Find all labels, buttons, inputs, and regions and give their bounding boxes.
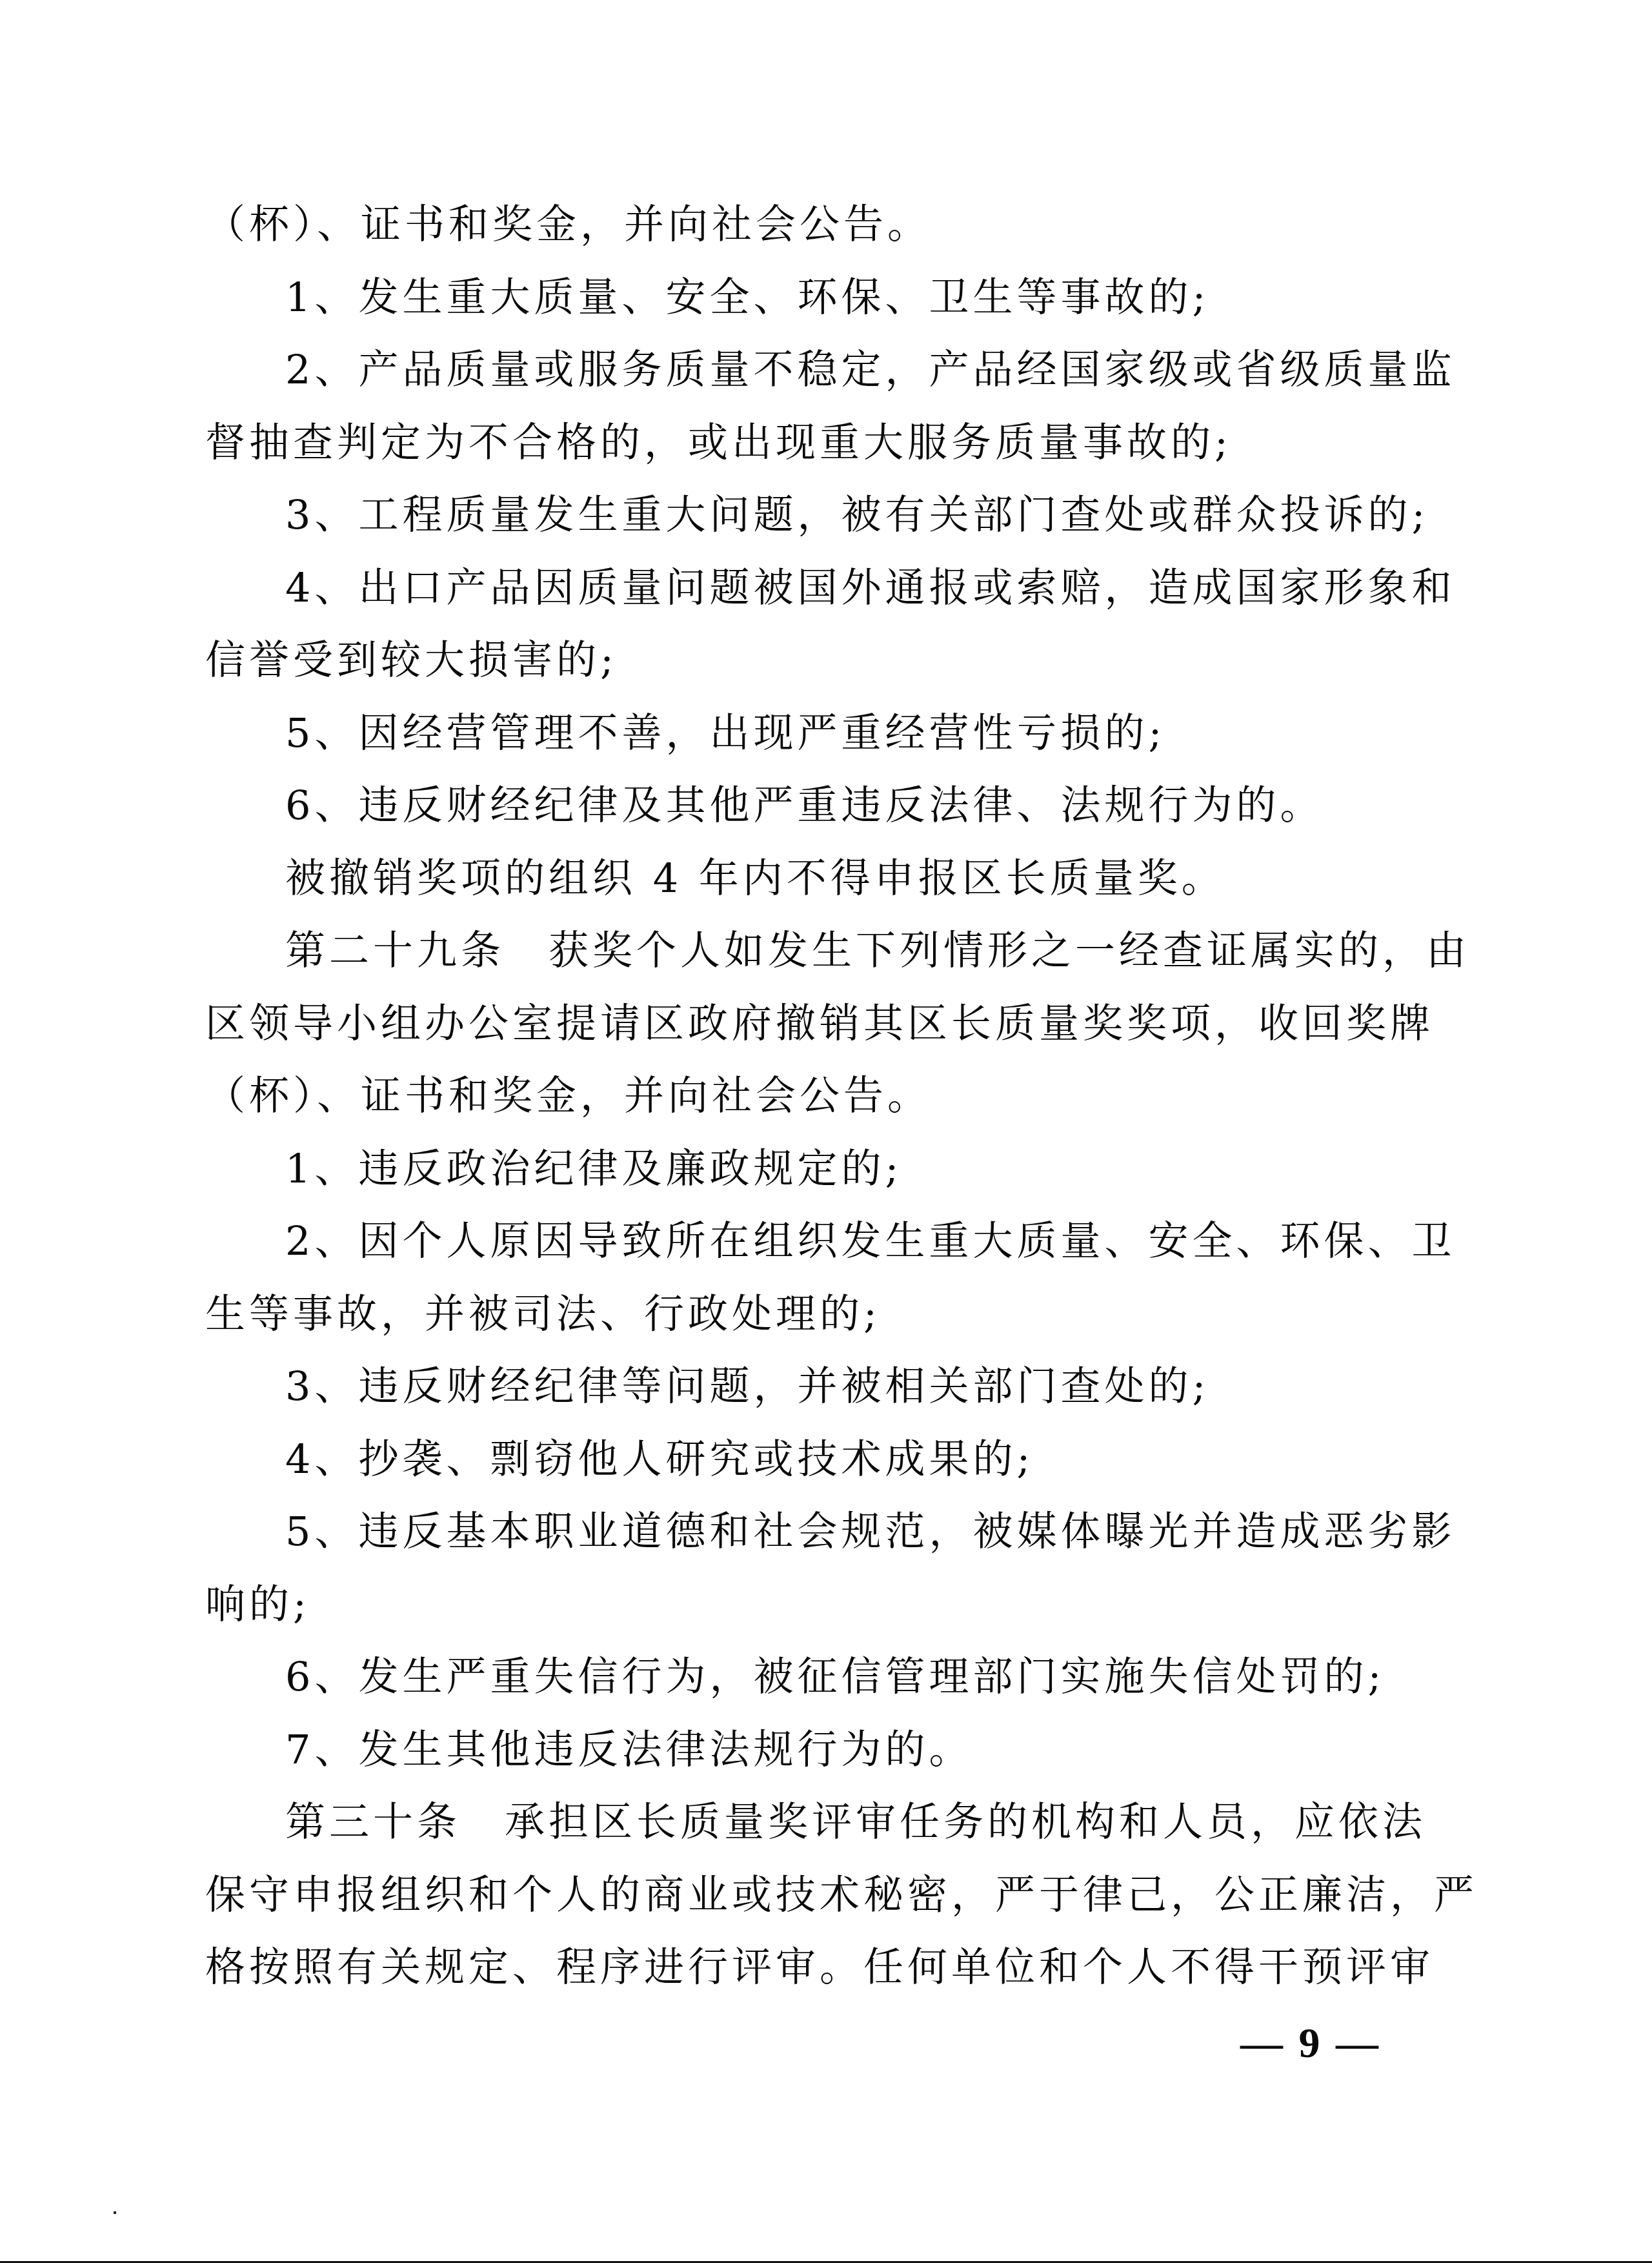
document-body: （杯）、证书和奖金，并向社会公告。 1、发生重大质量、安全、环保、卫生等事故的;… [205,188,1386,2004]
paragraph-line: 7、发生其他违反法律法规行为的。 [205,1714,1386,1787]
scan-speck [114,2211,116,2214]
paragraph-line: 6、发生严重失信行为，被征信管理部门实施失信处罚的; [205,1641,1386,1714]
paragraph-line: （杯）、证书和奖金，并向社会公告。 [205,1060,1386,1133]
paragraph-line: 被撤销奖项的组织 4 年内不得申报区长质量奖。 [205,842,1386,915]
paragraph-line: 6、违反财经纪律及其他严重违反法律、法规行为的。 [205,769,1386,842]
paragraph-line: 2、产品质量或服务质量不稳定，产品经国家级或省级质量监 [205,334,1386,407]
paragraph-line: 格按照有关规定、程序进行评审。任何单位和个人不得干预评审 [205,1931,1386,2004]
paragraph-line: 信誉受到较大损害的; [205,624,1386,697]
document-page: （杯）、证书和奖金，并向社会公告。 1、发生重大质量、安全、环保、卫生等事故的;… [0,0,1652,2263]
paragraph-line: 5、因经营管理不善，出现严重经营性亏损的; [205,697,1386,770]
article-29-heading-line: 第二十九条 获奖个人如发生下列情形之一经查证属实的，由 [205,915,1386,988]
page-number: — 9 — [1207,2019,1381,2068]
paragraph-line: 1、发生重大质量、安全、环保、卫生等事故的; [205,261,1386,334]
paragraph-line: 2、因个人原因导致所在组织发生重大质量、安全、环保、卫 [205,1205,1386,1278]
paragraph-line: 4、抄袭、剽窃他人研究或技术成果的; [205,1423,1386,1496]
paragraph-line: 4、出口产品因质量问题被国外通报或索赔，造成国家形象和 [205,552,1386,625]
paragraph-line: 响的; [205,1568,1386,1641]
paragraph-line: 1、违反政治纪律及廉政规定的; [205,1133,1386,1206]
article-30-heading-line: 第三十条 承担区长质量奖评审任务的机构和人员，应依法 [205,1786,1386,1859]
paragraph-line: 5、违反基本职业道德和社会规范，被媒体曝光并造成恶劣影 [205,1496,1386,1568]
paragraph-line: 3、工程质量发生重大问题，被有关部门查处或群众投诉的; [205,479,1386,552]
paragraph-line: （杯）、证书和奖金，并向社会公告。 [205,188,1386,261]
paragraph-line: 保守申报组织和个人的商业或技术秘密，严于律己，公正廉洁，严 [205,1859,1386,1932]
paragraph-line: 区领导小组办公室提请区政府撤销其区长质量奖奖项，收回奖牌 [205,988,1386,1060]
paragraph-line: 督抽查判定为不合格的，或出现重大服务质量事故的; [205,407,1386,480]
paragraph-line: 生等事故，并被司法、行政处理的; [205,1278,1386,1351]
paragraph-line: 3、违反财经纪律等问题，并被相关部门查处的; [205,1350,1386,1423]
